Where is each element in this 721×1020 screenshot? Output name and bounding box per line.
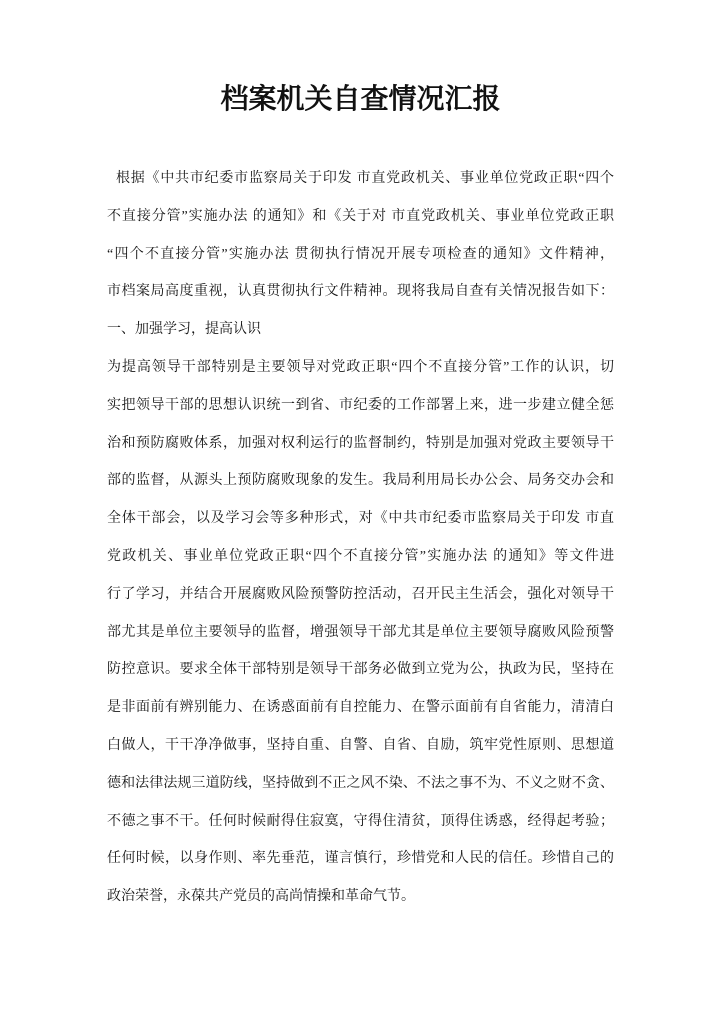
document-line: 部的监督，从源头上预防腐败现象的发生。我局利用局长办公会、局务交办会和 bbox=[107, 462, 614, 500]
document-line: 不德之事不干。任何时候耐得住寂寞，守得住清贫，顶得住诱惑，经得起考验； bbox=[107, 803, 614, 841]
document-body: 根据《中共市纪委市监察局关于印发 市直党政机关、事业单位党政正职“四个不直接分管… bbox=[107, 160, 614, 916]
document-line: 实把领导干部的思想认识统一到省、市纪委的工作部署上来，进一步建立健全惩 bbox=[107, 387, 614, 425]
document-line: 行了学习，并结合开展腐败风险预警防控活动，召开民主生活会，强化对领导干 bbox=[107, 576, 614, 614]
document-line: 党政机关、事业单位党政正职“四个不直接分管”实施办法 的通知》等文件进 bbox=[107, 538, 614, 576]
document-line: “四个不直接分管”实施办法 贯彻执行情况开展专项检查的通知》文件精神， bbox=[107, 236, 614, 274]
document-line: 治和预防腐败体系，加强对权利运行的监督制约，特别是加强对党政主要领导干 bbox=[107, 425, 614, 463]
document-line: 德和法律法规三道防线，坚持做到不正之风不染、不法之事不为、不义之财不贪、 bbox=[107, 765, 614, 803]
document-line: 全体干部会，以及学习会等多种形式，对《中共市纪委市监察局关于印发 市直 bbox=[107, 500, 614, 538]
document-line: 根据《中共市纪委市监察局关于印发 市直党政机关、事业单位党政正职“四个 bbox=[107, 160, 614, 198]
document-title: 档案机关自查情况汇报 bbox=[0, 82, 721, 118]
document-line: 为提高领导干部特别是主要领导对党政正职“四个不直接分管”工作的认识，切 bbox=[107, 349, 614, 387]
document-line: 任何时候，以身作则、率先垂范，谨言慎行，珍惜党和人民的信任。珍惜自己的 bbox=[107, 840, 614, 878]
document-line: 政治荣誉，永葆共产党员的高尚情操和革命气节。 bbox=[107, 878, 614, 916]
document-page: 档案机关自查情况汇报 根据《中共市纪委市监察局关于印发 市直党政机关、事业单位党… bbox=[0, 0, 721, 1020]
document-line: 白做人，干干净净做事，坚持自重、自警、自省、自励，筑牢党性原则、思想道 bbox=[107, 727, 614, 765]
document-line: 部尤其是单位主要领导的监督，增强领导干部尤其是单位主要领导腐败风险预警 bbox=[107, 614, 614, 652]
document-line: 市档案局高度重视，认真贯彻执行文件精神。现将我局自查有关情况报告如下： bbox=[107, 273, 614, 311]
document-line: 一、加强学习，提高认识 bbox=[107, 311, 614, 349]
document-line: 防控意识。要求全体干部特别是领导干部务必做到立党为公，执政为民，坚持在 bbox=[107, 651, 614, 689]
document-line: 不直接分管”实施办法 的通知》和《关于对 市直党政机关、事业单位党政正职 bbox=[107, 198, 614, 236]
document-line: 是非面前有辨别能力、在诱惑面前有自控能力、在警示面前有自省能力，清清白 bbox=[107, 689, 614, 727]
